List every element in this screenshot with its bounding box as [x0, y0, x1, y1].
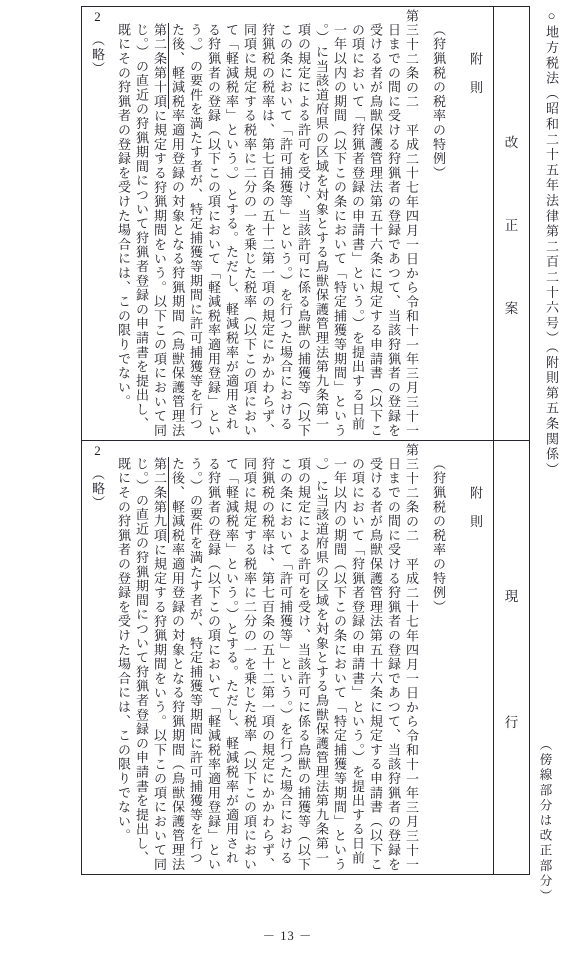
text-column: て「軽減税率」という。）とする。ただし、軽減税率が適用され: [222, 9, 240, 438]
text-column: （狩猟税の税率の特例）: [429, 443, 447, 872]
amendment-table-text: 附 則（狩猟税の税率の特例）第三十二条の二 平成二十七年四月一日から令和十一年三…: [82, 7, 493, 440]
amendment-table-label: 改正案: [493, 7, 529, 440]
text-column: た後、軽減税率適用登録の対象となる狩猟期間（鳥獣保護管理法: [168, 9, 186, 438]
text-column: 2 （略）: [88, 443, 106, 872]
text-column: 一年以内の期間（以下この条において「特定捕獲等期間」という: [330, 9, 348, 438]
text-column: 第三十二条の二 平成二十七年四月一日から令和十一年三月三十一: [402, 443, 420, 872]
text-column: 項の規定による許可を受け、当該許可に係る鳥獣の捕獲等（以下: [294, 443, 312, 872]
text-column: う。）の要件を満たす者が、特定捕獲等期間に許可捕獲等を行つ: [186, 9, 204, 438]
current-table-text: 附 則（狩猟税の税率の特例）第三十二条の二 平成二十七年四月一日から令和十一年三…: [82, 441, 493, 874]
text-column: る狩猟者の登録（以下この項において「軽減税率適用登録」とい: [204, 9, 222, 438]
table-label-char: 正: [505, 214, 519, 234]
text-column: た後、軽減税率適用登録の対象となる狩猟期間（鳥獣保護管理法: [168, 443, 186, 872]
text-column: 既にその狩猟者の登録を受けた場合には、この限りでない。: [114, 443, 132, 872]
text-column: 2 （略）: [88, 9, 106, 438]
table-label-char: 行: [505, 711, 519, 731]
sideline-marked-text: 第二条第九項: [152, 457, 169, 543]
amendment-table: 附 則（狩猟税の税率の特例）第三十二条の二 平成二十七年四月一日から令和十一年三…: [81, 6, 530, 441]
text-column: じ。）の直近の狩猟期間について狩猟者登録の申請書を提出し、: [132, 443, 150, 872]
text-column: 狩猟税の税率は、第七百条の五十二第一項の規定にかかわらず、: [258, 9, 276, 438]
text-column: この条において「許可捕獲等」という。）を行つた場合における: [276, 443, 294, 872]
table-label-char: 案: [505, 297, 519, 317]
text-column: 第三十二条の二 平成二十七年四月一日から令和十一年三月三十一: [402, 9, 420, 438]
text-column: 。）に当該道府県の区域を対象とする鳥獣保護管理法第九条第一: [312, 9, 330, 438]
sideline-marked-text: 第二条第十項: [152, 23, 169, 109]
document-page: ○地方税法（昭和二十五年法律第二百二十六号）（附則第五条関係） （傍線部分は改正…: [0, 0, 575, 953]
document-title: ○地方税法（昭和二十五年法律第二百二十六号）（附則第五条関係）: [542, 8, 561, 478]
sideline-note: （傍線部分は改正部分）: [536, 738, 554, 904]
text-column: じ。）の直近の狩猟期間について狩猟者登録の申請書を提出し、: [132, 9, 150, 438]
text-column: （狩猟税の税率の特例）: [429, 9, 447, 438]
paragraph-number: 2: [90, 9, 105, 25]
text-column: 附 則: [466, 443, 484, 872]
text-column: この条において「許可捕獲等」という。）を行つた場合における: [276, 9, 294, 438]
text-column: 受ける者が鳥獣保護管理法第五十六条に規定する申請書（以下こ: [366, 9, 384, 438]
current-table: 附 則（狩猟税の税率の特例）第三十二条の二 平成二十七年四月一日から令和十一年三…: [81, 440, 530, 875]
text-column: る狩猟者の登録（以下この項において「軽減税率適用登録」とい: [204, 443, 222, 872]
text-column: の項において「狩猟者登録の申請書」という。）を提出する日前: [348, 9, 366, 438]
text-column: 受ける者が鳥獣保護管理法第五十六条に規定する申請書（以下こ: [366, 443, 384, 872]
text-column: 第二条第九項に規定する狩猟期間をいう。以下この項において同: [150, 443, 168, 872]
text-column: 第二条第十項に規定する狩猟期間をいう。以下この項において同: [150, 9, 168, 438]
text-column: 附 則: [466, 9, 484, 438]
text-column: 狩猟税の税率は、第七百条の五十二第一項の規定にかかわらず、: [258, 443, 276, 872]
table-label-char: 改: [505, 131, 519, 151]
text-column: 同項に規定する税率に二分の一を乗じた税率（以下この項におい: [240, 9, 258, 438]
text-column: 項の規定による許可を受け、当該許可に係る鳥獣の捕獲等（以下: [294, 9, 312, 438]
paragraph-number: 2: [90, 443, 105, 459]
table-label-char: 現: [505, 585, 519, 605]
page-number: － 13 －: [0, 926, 575, 944]
current-table-label: 現行: [493, 441, 529, 874]
text-column: 同項に規定する税率に二分の一を乗じた税率（以下この項におい: [240, 443, 258, 872]
text-column: 日までの間に受ける狩猟者の登録であつて、当該狩猟者の登録を: [384, 9, 402, 438]
text-column: 一年以内の期間（以下この条において「特定捕獲等期間」という: [330, 443, 348, 872]
text-column: の項において「狩猟者登録の申請書」という。）を提出する日前: [348, 443, 366, 872]
text-column: う。）の要件を満たす者が、特定捕獲等期間に許可捕獲等を行つ: [186, 443, 204, 872]
text-column: 既にその狩猟者の登録を受けた場合には、この限りでない。: [114, 9, 132, 438]
text-column: 日までの間に受ける狩猟者の登録であつて、当該狩猟者の登録を: [384, 443, 402, 872]
text-column: て「軽減税率」という。）とする。ただし、軽減税率が適用され: [222, 443, 240, 872]
text-column: 。）に当該道府県の区域を対象とする鳥獣保護管理法第九条第一: [312, 443, 330, 872]
